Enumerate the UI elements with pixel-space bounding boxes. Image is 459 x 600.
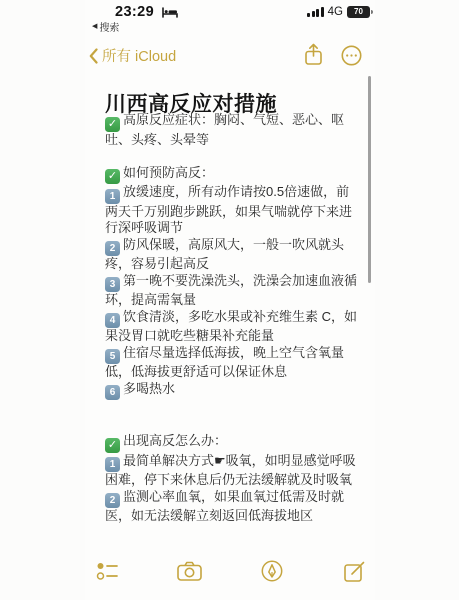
keycap-2-emoji: 2 (105, 241, 120, 256)
check-emoji: ✓ (105, 438, 120, 453)
more-options-button[interactable] (341, 45, 362, 66)
keycap-2-emoji: 2 (105, 493, 120, 508)
note-item: 1放缓速度，所有动作请按0.5倍速做，前两天千万别跑步跳跃，如果气喘就停下来进行… (105, 184, 360, 237)
section-lead: ✓高原反应症状：胸闷、气短、恶心、呕吐、头疼、头晕等 (105, 112, 360, 148)
camera-icon (177, 561, 202, 581)
note-item: 3第一晚不要洗澡洗头，洗澡会加速血液循环，提高需氧量 (105, 273, 360, 309)
note-item: 5住宿尽量选择低海拔，晚上空气含氧量低，低海拔更舒适可以保证休息 (105, 345, 360, 381)
checklist-icon (96, 561, 119, 581)
note-body[interactable]: ✓高原反应症状：胸闷、气短、恶心、呕吐、头疼、头晕等 ✓如何预防高反： 1放缓速… (105, 112, 360, 525)
keycap-1-emoji: 1 (105, 189, 120, 204)
bottom-toolbar (85, 558, 375, 584)
blank-lines (105, 400, 360, 433)
note-item: 2防风保暖，高原风大，一般一吹风就头疼，容易引起高反 (105, 237, 360, 273)
keycap-3-emoji: 3 (105, 277, 120, 292)
checklist-button[interactable] (93, 558, 121, 584)
blank-line (105, 148, 360, 165)
share-icon (304, 43, 323, 66)
section-lead: ✓如何预防高反： (105, 165, 360, 185)
markup-button[interactable] (258, 558, 286, 584)
keycap-1-emoji: 1 (105, 457, 120, 472)
lead-text: 如何预防高反： (123, 165, 214, 180)
back-to-app-arrow: ◀ (92, 22, 97, 32)
signal-strength-icon (307, 7, 324, 17)
keycap-6-emoji: 6 (105, 385, 120, 400)
chevron-left-icon (89, 48, 98, 64)
keycap-5-emoji: 5 (105, 349, 120, 364)
status-time: 23:29 (115, 4, 154, 20)
sleep-mode-icon (162, 7, 178, 18)
item-text: 监测心率血氧，如果血氧过低需及时就医，如无法缓解立刻返回低海拔地区 (105, 489, 344, 524)
network-type-label: 4G (328, 6, 343, 18)
note-item: 1最简单解决方式☛吸氧，如明显感觉呼吸困难，停下来休息后仍无法缓解就及时吸氧 (105, 453, 360, 489)
back-to-folder-button[interactable]: 所有 iCloud (89, 45, 176, 66)
status-right-cluster: 4G 70 (307, 6, 370, 18)
share-button[interactable] (304, 43, 323, 66)
item-text: 最简单解决方式☛吸氧，如明显感觉呼吸困难，停下来休息后仍无法缓解就及时吸氧 (105, 453, 356, 488)
note-item: 2监测心率血氧，如果血氧过低需及时就医，如无法缓解立刻返回低海拔地区 (105, 489, 360, 525)
keycap-4-emoji: 4 (105, 313, 120, 328)
lead-text: 高原反应症状：胸闷、气短、恶心、呕吐、头疼、头晕等 (105, 112, 344, 147)
back-to-app-button[interactable]: ◀ 搜索 (92, 19, 119, 34)
battery-percent: 70 (354, 7, 363, 16)
phone-screen: 23:29 ◀ 搜索 4G 70 所有 iCloud (85, 0, 375, 600)
battery-tip (371, 10, 373, 15)
lead-text: 出现高反怎么办： (123, 433, 227, 448)
back-to-app-label: 搜索 (99, 19, 119, 34)
compose-icon (343, 560, 366, 583)
item-text: 防风保暖，高原风大，一般一吹风就头疼，容易引起高反 (105, 237, 344, 272)
section-lead: ✓出现高反怎么办： (105, 433, 360, 453)
check-emoji: ✓ (105, 117, 120, 132)
ellipsis-circle-icon (341, 45, 362, 66)
item-text: 多喝热水 (123, 381, 175, 396)
note-item: 6多喝热水 (105, 381, 360, 401)
item-text: 住宿尽量选择低海拔，晚上空气含氧量低，低海拔更舒适可以保证休息 (105, 345, 344, 380)
back-folder-label: 所有 iCloud (102, 45, 176, 66)
battery-icon: 70 (347, 6, 370, 18)
note-item: 4饮食清淡，多吃水果或补充维生素 C，如果没胃口就吃些糖果补充能量 (105, 309, 360, 345)
scrollbar[interactable] (368, 76, 371, 283)
check-emoji: ✓ (105, 169, 120, 184)
item-text: 放缓速度，所有动作请按0.5倍速做，前两天千万别跑步跳跃，如果气喘就停下来进行深… (105, 184, 352, 235)
item-text: 饮食清淡，多吃水果或补充维生素 C，如果没胃口就吃些糖果补充能量 (105, 309, 357, 344)
compose-button[interactable] (341, 558, 369, 584)
markup-pen-icon (261, 560, 283, 582)
item-text: 第一晚不要洗澡洗头，洗澡会加速血液循环，提高需氧量 (105, 273, 357, 308)
camera-button[interactable] (176, 558, 204, 584)
